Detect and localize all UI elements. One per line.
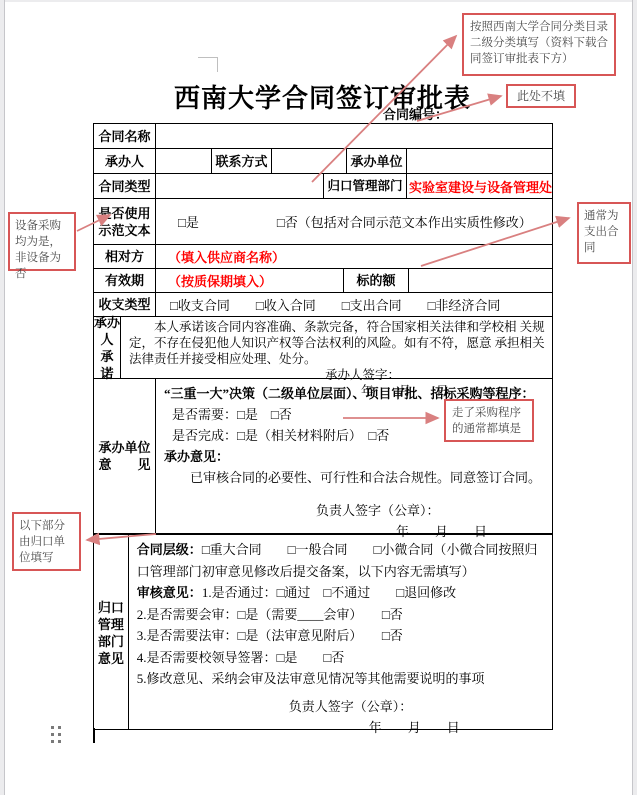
- leader-signature-label[interactable]: 负责人签字（公章）：: [289, 696, 546, 718]
- template-no-checkbox[interactable]: □否（包括对合同示范文本作出实质性修改）: [277, 212, 532, 231]
- promise-label-line2: 承 诺: [94, 348, 120, 382]
- amount-label: 标的额: [343, 269, 408, 292]
- table-row: 合同类型 归口管理部门 实验室建设与设备管理处: [94, 173, 552, 198]
- promise-text: 本人承诺该合同内容准确、条款完备，符合国家相关法律和学校相 关规定，不存在侵犯他…: [129, 319, 546, 367]
- validity-field[interactable]: （按质保期填入）: [155, 269, 343, 292]
- table-row: 收支类型 □收支合同 □收入合同 □支出合同 □非经济合同: [94, 292, 552, 316]
- do-not-fill-callout[interactable]: 此处不填: [506, 84, 576, 108]
- dept-opinion-label-line2: 部门意见: [94, 633, 128, 667]
- inout-opt2-checkbox[interactable]: □收入合同: [256, 295, 316, 314]
- procurement-note-callout[interactable]: 走了采购程序的通常都填是: [444, 399, 534, 442]
- handling-unit-field[interactable]: [406, 149, 552, 173]
- page-edge-top: [0, 0, 637, 2]
- drag-handle-dots[interactable]: [51, 726, 63, 744]
- review-item3-checkboxes[interactable]: 3.是否需要法审：□是（法审意见附后） □否: [137, 625, 546, 647]
- table-row: 承办人 联系方式 承办单位: [94, 148, 552, 173]
- managing-dept-value[interactable]: 实验室建设与设备管理处: [406, 174, 552, 198]
- amount-field[interactable]: [408, 269, 552, 292]
- review-item5-text: 5.修改意见、采纳会审及法审意见情况等其他需要说明的事项: [137, 668, 546, 690]
- contact-label: 联系方式: [211, 149, 271, 173]
- page-edge-left: [0, 0, 5, 795]
- contract-level-title: 合同层级：: [137, 542, 202, 557]
- review-item2-checkboxes[interactable]: 2.是否需要会审：□是（需要____会审） □否: [137, 604, 546, 626]
- table-row: 归口管理 部门意见 合同层级：□重大合同 □一般合同 □小微合同（小微合同按照归…: [94, 533, 552, 730]
- table-row: 承办人 承 诺 本人承诺该合同内容准确、条款完备，符合国家相关法律和学校相 关规…: [94, 316, 552, 378]
- contract-name-label: 合同名称: [94, 124, 155, 148]
- expense-note-callout[interactable]: 通常为支出合同: [577, 202, 631, 264]
- contract-type-label: 合同类型: [94, 174, 155, 198]
- review-item4-checkboxes[interactable]: 4.是否需要校领导签署：□是 □否: [137, 647, 546, 669]
- review-item1-checkboxes[interactable]: 1.是否通过：□通过 □不通过 □退回修改: [202, 585, 456, 600]
- table-row: 有效期 （按质保期填入） 标的额: [94, 268, 552, 292]
- counterparty-label: 相对方: [94, 245, 155, 268]
- handler-field[interactable]: [155, 149, 211, 173]
- equipment-note-callout[interactable]: 设备采购均为是，非设备为否: [8, 212, 76, 271]
- leader-signature-label[interactable]: 负责人签字（公章）：: [316, 500, 546, 521]
- counterparty-field[interactable]: （填入供应商名称）: [155, 245, 552, 268]
- document-page: 西南大学合同签订审批表 合同编号： 合同名称 承办人 联系方式 承办单位 合同类…: [0, 0, 637, 795]
- unit-opinion-label-line1: 承办单位: [98, 439, 150, 456]
- contract-name-field[interactable]: [155, 124, 552, 148]
- table-row: 合同名称: [94, 124, 552, 148]
- unit-opinion-text: 已审核合同的必要性、可行性和合法合规性。同意签订合同。: [164, 467, 546, 488]
- table-row: 相对方 （填入供应商名称）: [94, 244, 552, 268]
- review-title: 审核意见：: [137, 585, 202, 600]
- managing-dept-label: 归口管理部门: [323, 174, 406, 198]
- text-insertion-cursor: [93, 728, 95, 743]
- classification-note-callout[interactable]: 按照西南大学合同分类目录二级分类填写（资料下载合同签订审批表下方）: [462, 13, 616, 76]
- template-label-line1: 是否使用: [98, 205, 150, 222]
- page-edge-right: [632, 0, 637, 795]
- contract-number-label: 合同编号：: [383, 104, 448, 123]
- handling-unit-label: 承办单位: [346, 149, 406, 173]
- unit-opinion-title: 承办意见：: [164, 446, 546, 467]
- dept-opinion-label-line1: 归口管理: [94, 599, 128, 633]
- template-label-line2: 示范文本: [98, 222, 150, 239]
- promise-label-line1: 承办人: [94, 314, 120, 348]
- unit-opinion-label-line2: 意 见: [98, 456, 150, 473]
- template-yes-checkbox[interactable]: □是: [178, 212, 199, 231]
- handler-label: 承办人: [94, 149, 155, 173]
- inout-opt1-checkbox[interactable]: □收支合同: [170, 295, 230, 314]
- contract-level-line: 合同层级：□重大合同 □一般合同 □小微合同（小微合同按照归口管理部门初审意见修…: [137, 539, 546, 582]
- margin-crop-mark: [198, 57, 218, 58]
- date-line[interactable]: 年 月 日: [369, 717, 546, 739]
- table-row: 是否使用 示范文本 □是 □否（包括对合同示范文本作出实质性修改）: [94, 198, 552, 244]
- validity-label: 有效期: [94, 269, 155, 292]
- inout-opt4-checkbox[interactable]: □非经济合同: [428, 295, 501, 314]
- contract-type-field[interactable]: [155, 174, 323, 198]
- below-section-note-callout[interactable]: 以下部分由归口单位填写: [12, 512, 81, 571]
- review-line1: 审核意见：1.是否通过：□通过 □不通过 □退回修改: [137, 582, 546, 604]
- contact-field[interactable]: [271, 149, 346, 173]
- page-title: 西南大学合同签订审批表: [93, 78, 552, 115]
- margin-crop-mark: [217, 57, 218, 72]
- inout-opt3-checkbox[interactable]: □支出合同: [342, 295, 402, 314]
